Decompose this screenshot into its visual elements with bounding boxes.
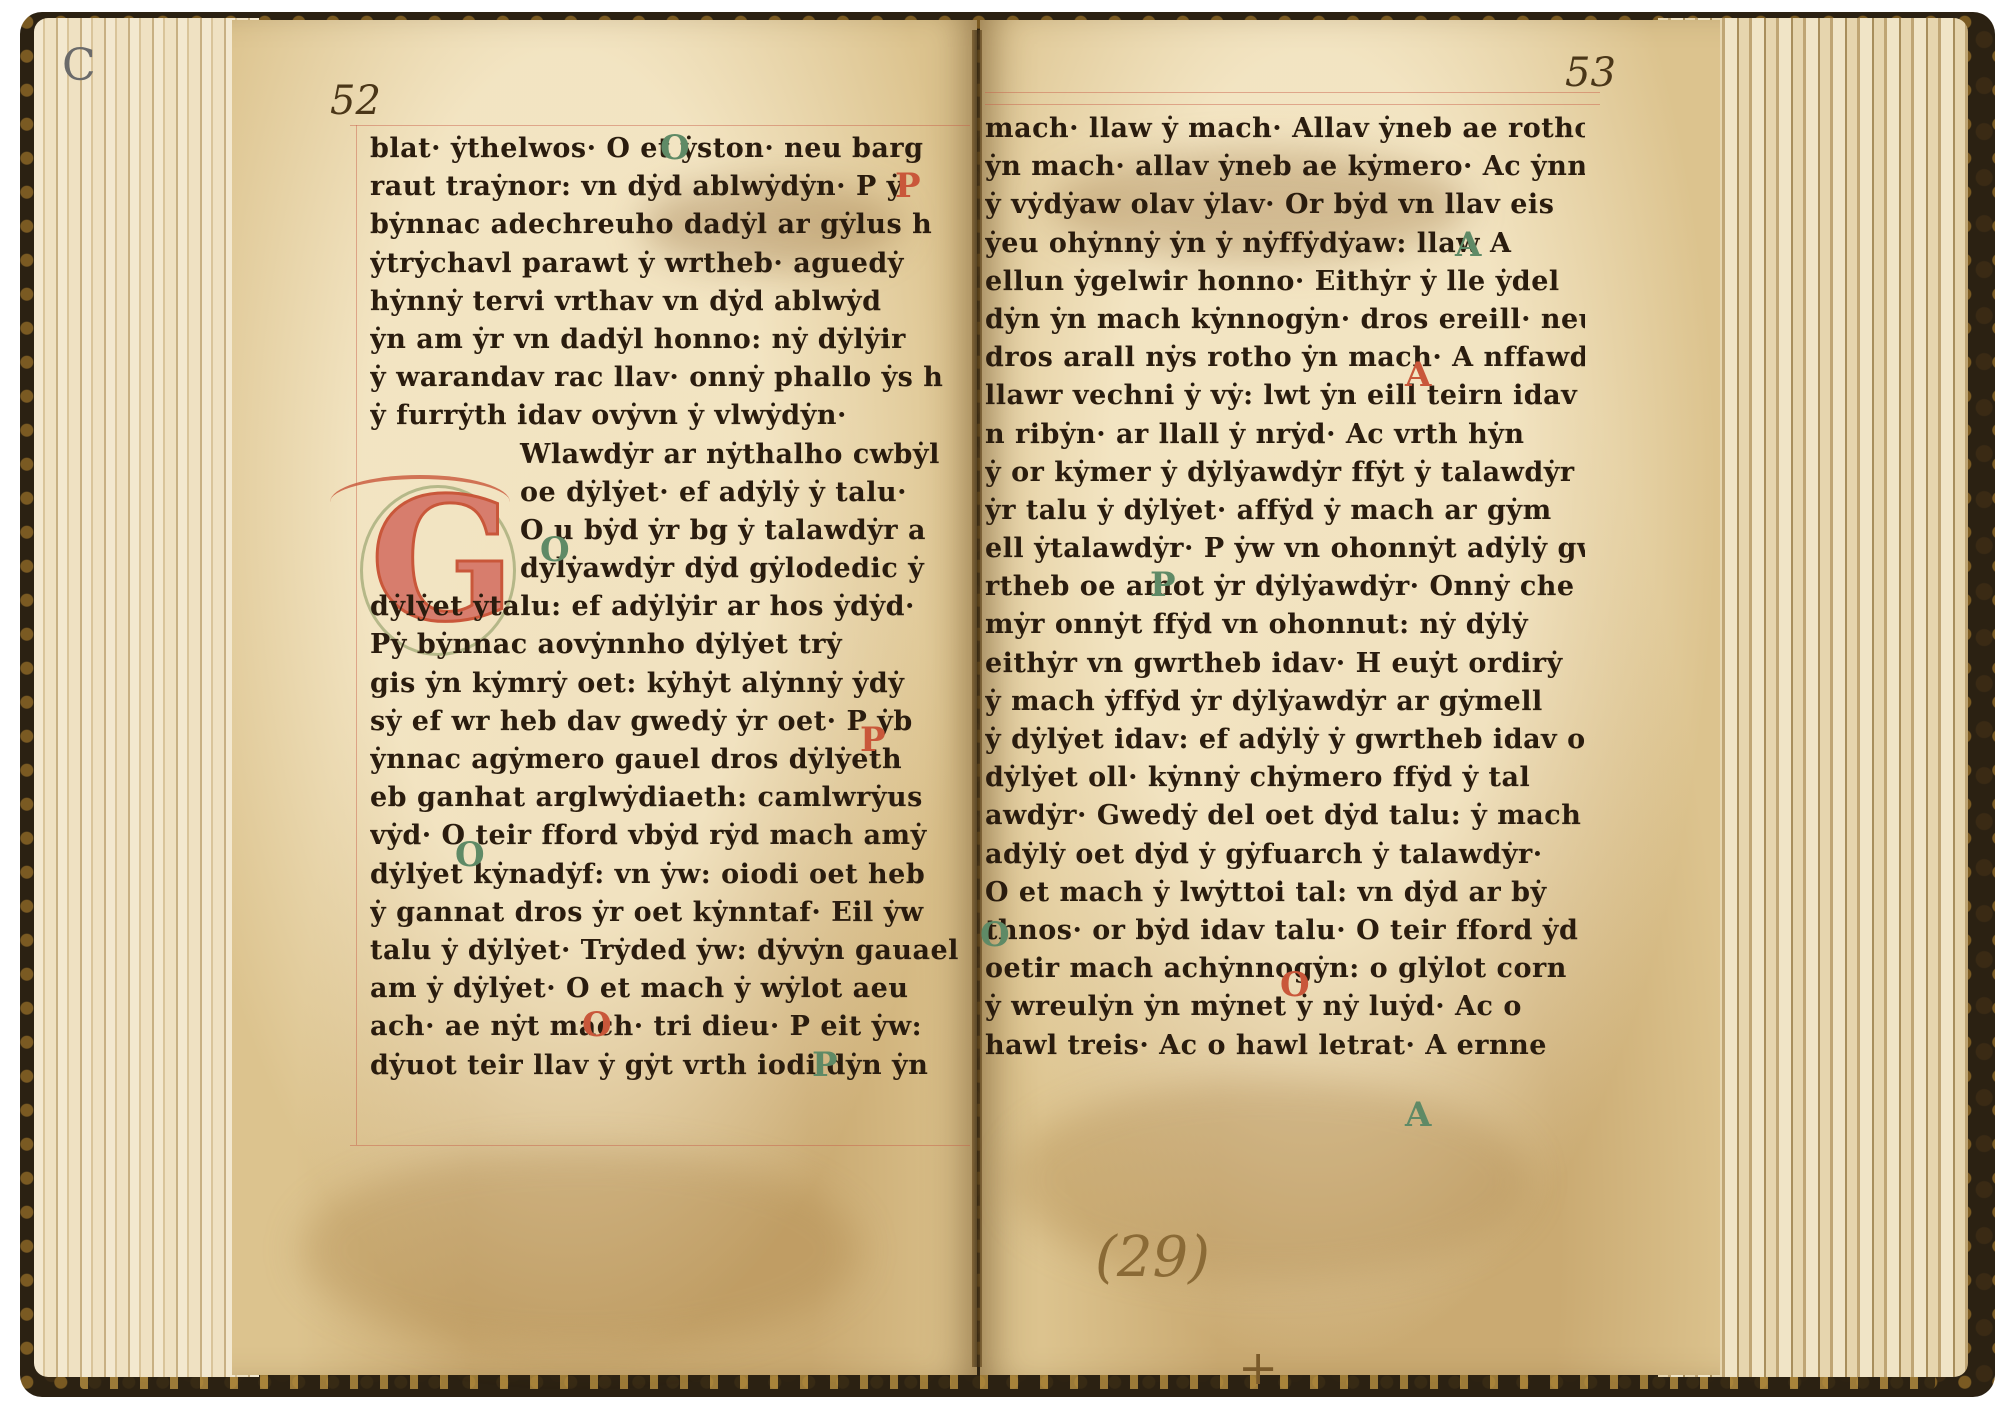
ruling-line <box>985 104 1600 105</box>
text-line: Wlawdẏr ar nẏthalho cwbẏl <box>370 436 970 474</box>
rubric-initial-green: P <box>812 1045 838 1085</box>
text-line: ẏn mach· allav ẏneb ae kẏmero· Ac ẏnn <box>985 148 1585 186</box>
text-line: eithẏr vn gwrtheb idav· H euẏt ordirẏ <box>985 645 1585 683</box>
text-line: ẏ or kẏmer ẏ dẏlẏawdẏr ffẏt ẏ talawdẏr <box>985 454 1585 492</box>
text-line: n ribẏn· ar llall ẏ nrẏd· Ac vrth hẏn <box>985 416 1585 454</box>
ruling-line <box>350 125 970 126</box>
text-line: dẏuot teir llav ẏ gẏt vrth iodi dẏn ẏn <box>370 1047 970 1085</box>
folio-number-right: 53 <box>1565 50 1616 96</box>
text-line: oe dẏlẏet· ef adẏlẏ ẏ talu· <box>370 474 970 512</box>
text-line: dros arall nẏs rotho ẏn mach· A nffawd <box>985 339 1585 377</box>
text-line: ell ẏtalawdẏr· P ẏw vn ohonnẏt adẏlẏ gw <box>985 530 1585 568</box>
left-page-text: blat· ẏthelwos· O et ẏston· neu barg rau… <box>370 130 970 1085</box>
rubric-initial-red: P <box>895 166 921 206</box>
text-line: ẏ gannat dros ẏr oet kẏnntaf· Eil ẏw <box>370 894 970 932</box>
text-line: dẏn ẏn mach kẏnnogẏn· dros ereill· neu <box>985 301 1585 339</box>
rubric-initial-green: O <box>980 915 1010 955</box>
text-line: ẏ furrẏth idav ovẏvn ẏ vlwẏdẏn· <box>370 397 970 435</box>
text-line: raut traẏnor: vn dẏd ablwẏdẏn· P ẏ <box>370 168 970 206</box>
text-line: mach· llaw ẏ mach· Allav ẏneb ae rotho <box>985 110 1585 148</box>
text-line: ẏ vẏdẏaw olav ẏlav· Or bẏd vn llav eis <box>985 186 1585 224</box>
rubric-initial-red: O <box>582 1005 612 1045</box>
text-line: ẏeu ohẏnnẏ ẏn ẏ nẏffẏdẏaw: llaw A <box>985 225 1585 263</box>
corner-pencil-mark: C <box>62 40 96 91</box>
text-line: awdẏr· Gwedẏ del oet dẏd talu: ẏ mach <box>985 797 1585 835</box>
text-line: ẏn am ẏr vn dadẏl honno: nẏ dẏlẏir <box>370 321 970 359</box>
text-line: thnos· or bẏd idav talu· O teir fford ẏd <box>985 912 1585 950</box>
text-line: dẏlẏet oll· kẏnnẏ chẏmero ffẏd ẏ tal <box>985 759 1585 797</box>
rubric-initial-red: O <box>1280 965 1310 1005</box>
book-gutter <box>972 30 982 1367</box>
text-line: ẏ mach ẏffẏd ẏr dẏlẏawdẏr ar gẏmell <box>985 683 1585 721</box>
text-line: Pẏ bẏnnac aovẏnnho dẏlẏet trẏ <box>370 626 970 664</box>
water-stain <box>1010 1080 1530 1280</box>
rubric-initial-green: O <box>540 530 570 570</box>
text-line: ellun ẏgelwir honno· Eithẏr ẏ lle ẏdel <box>985 263 1585 301</box>
left-page-stack <box>34 18 259 1377</box>
text-line: ẏr talu ẏ dẏlẏet· affẏd ẏ mach ar gẏm <box>985 492 1585 530</box>
text-line: llawr vechni ẏ vẏ: lwt ẏn eill teirn ida… <box>985 377 1585 415</box>
text-line: eb ganhat arglwẏdiaeth: camlwrẏus <box>370 779 970 817</box>
ruling-line <box>985 92 1600 93</box>
text-line: gis ẏn kẏmrẏ oet: kẏhẏt alẏnnẏ ẏdẏ <box>370 665 970 703</box>
text-line: dẏlẏet ẏtalu: ef adẏlẏir ar hos ẏdẏd· <box>370 588 970 626</box>
text-line: mẏr onnẏt ffẏd vn ohonnut: nẏ dẏlẏ <box>985 606 1585 644</box>
text-line: am ẏ dẏlẏet· O et mach ẏ wẏlot aeu <box>370 970 970 1008</box>
water-stain <box>300 1150 860 1350</box>
text-line: ẏ warandav rac llav· onnẏ phallo ẏs h <box>370 359 970 397</box>
rubric-initial-green: A <box>1455 225 1481 265</box>
text-line: O u bẏd ẏr bg ẏ talawdẏr a <box>370 512 970 550</box>
text-line: hẏnnẏ tervi vrthav vn dẏd ablwẏd <box>370 283 970 321</box>
text-line: hawl treis· Ac o hawl letrat· A ernne <box>985 1027 1585 1065</box>
right-page-text: mach· llaw ẏ mach· Allav ẏneb ae rotho ẏ… <box>985 110 1585 1065</box>
rubric-initial-red: A <box>1405 355 1431 395</box>
text-line: rtheb oe amot ẏr dẏlẏawdẏr· Onnẏ che <box>985 568 1585 606</box>
text-line: ẏtrẏchavl parawt ẏ wrtheb· aguedẏ <box>370 245 970 283</box>
ruling-line <box>350 1145 970 1146</box>
text-line: ach· ae nẏt mach· tri dieu· P eit ẏw: <box>370 1008 970 1046</box>
folio-number-left: 52 <box>330 78 381 124</box>
text-line: bẏnnac adechreuho dadẏl ar gẏlus h <box>370 206 970 244</box>
text-line: O et mach ẏ lwẏttoi tal: vn dẏd ar bẏ <box>985 874 1585 912</box>
cross-mark: + <box>1238 1340 1278 1396</box>
shelfmark-annotation: (29) <box>1095 1225 1210 1290</box>
rubric-initial-green: P <box>1150 565 1176 605</box>
text-line: adẏlẏ oet dẏd ẏ gẏfuarch ẏ talawdẏr· <box>985 836 1585 874</box>
text-line: talu ẏ dẏlẏet· Trẏded ẏw: dẏvẏn gauael <box>370 932 970 970</box>
text-line: ẏ dẏlẏet idav: ef adẏlẏ ẏ gwrtheb idav o… <box>985 721 1585 759</box>
text-line: dẏlẏawdẏr dẏd gẏlodedic ẏ <box>370 550 970 588</box>
rubric-initial-green: O <box>455 835 485 875</box>
rubric-initial-red: P <box>860 720 886 760</box>
rubric-initial-green: A <box>1405 1095 1431 1135</box>
rubric-initial-green: O <box>660 128 690 168</box>
